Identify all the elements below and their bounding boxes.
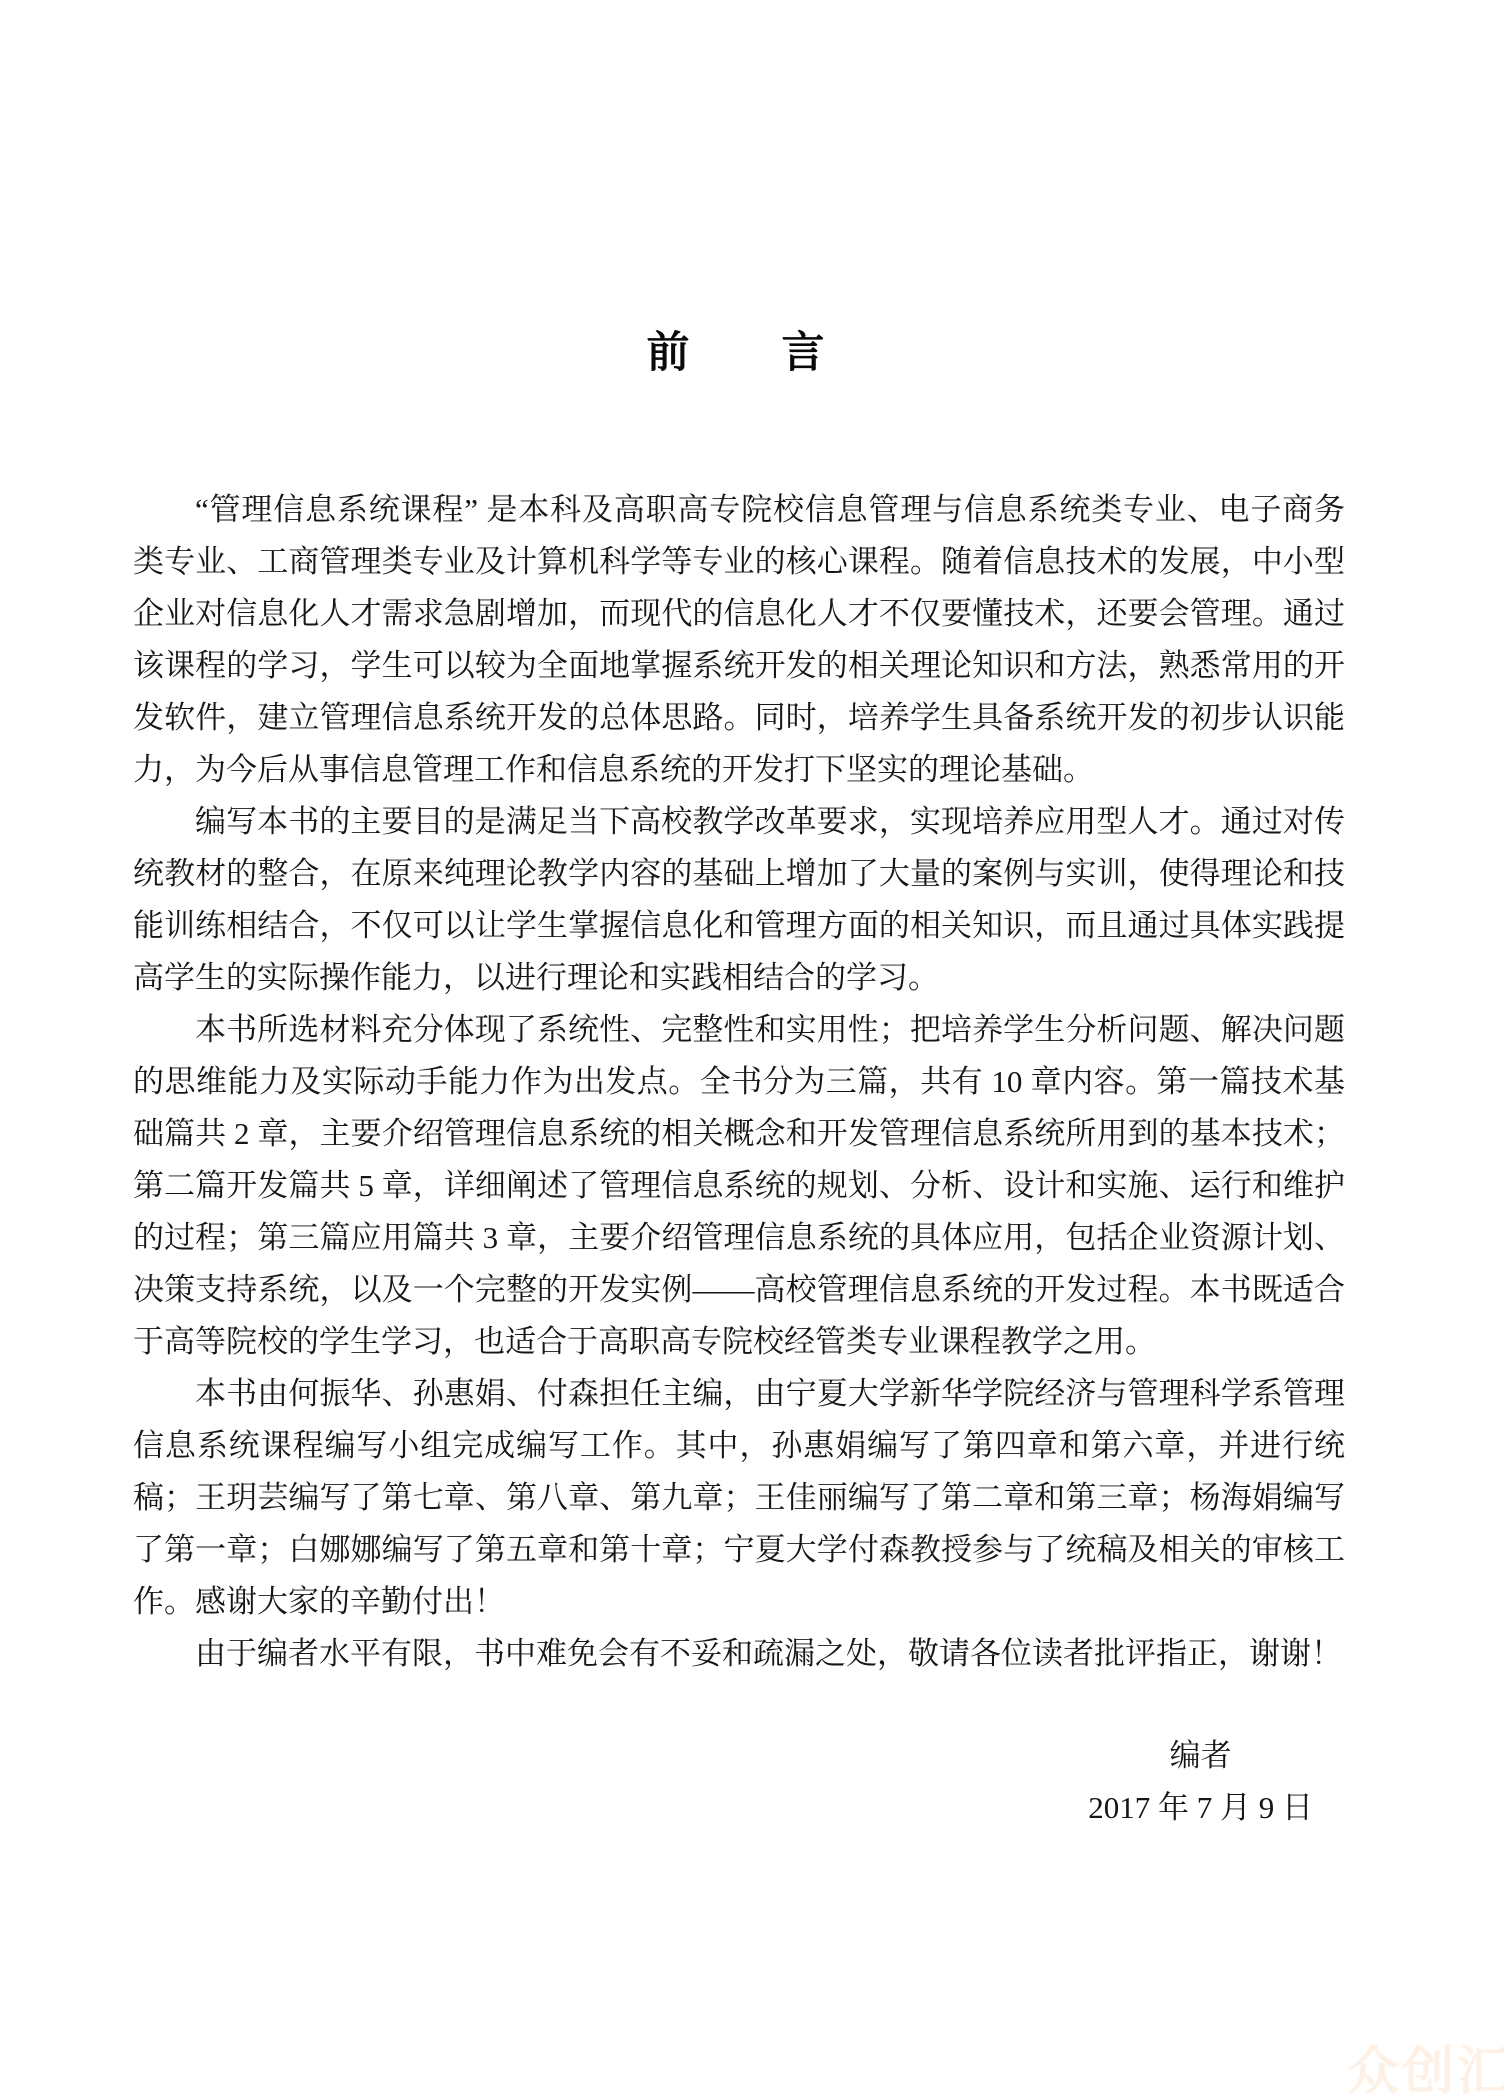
preface-paragraph-2: 编写本书的主要目的是满足当下高校教学改革要求，实现培养应用型人才。通过对传统教材… — [133, 796, 1345, 1004]
preface-paragraph-5: 由于编者水平有限，书中难免会有不妥和疏漏之处，敬请各位读者批评指正，谢谢！ — [133, 1628, 1345, 1680]
preface-body: “管理信息系统课程” 是本科及高职高专院校信息管理与信息系统类专业、电子商务类专… — [133, 484, 1345, 1834]
preface-paragraph-4: 本书由何振华、孙惠娟、付森担任主编，由宁夏大学新华学院经济与管理科学系管理信息系… — [133, 1368, 1345, 1628]
signature-date: 2017 年 7 月 9 日 — [1088, 1782, 1313, 1834]
page-title: 前 言 — [133, 330, 1340, 377]
signature-inner: 编者 2017 年 7 月 9 日 — [1088, 1730, 1313, 1834]
signature-block: 编者 2017 年 7 月 9 日 — [133, 1730, 1345, 1834]
signature-author: 编者 — [1088, 1730, 1313, 1782]
preface-page: 前 言 “管理信息系统课程” 是本科及高职高专院校信息管理与信息系统类专业、电子… — [0, 0, 1504, 2094]
preface-paragraph-3: 本书所选材料充分体现了系统性、完整性和实用性；把培养学生分析问题、解决问题的思维… — [133, 1004, 1345, 1368]
watermark: 众创汇嘉 — [1347, 2046, 1504, 2094]
preface-paragraph-1: “管理信息系统课程” 是本科及高职高专院校信息管理与信息系统类专业、电子商务类专… — [133, 484, 1345, 796]
